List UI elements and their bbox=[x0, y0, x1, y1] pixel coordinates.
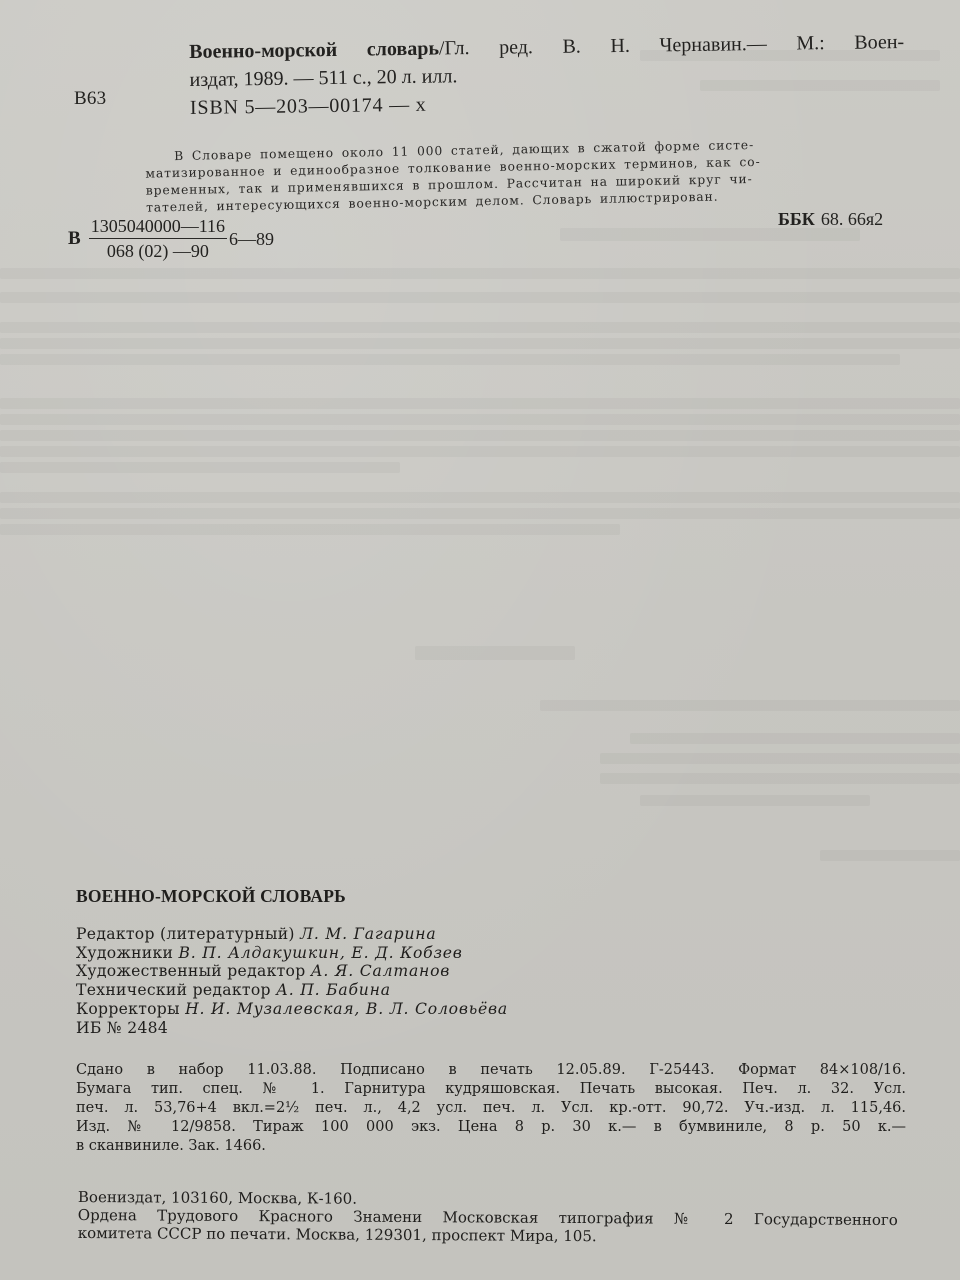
price-code: В 1305040000—116 068 (02) —90 6—89 bbox=[68, 216, 274, 262]
spec-line: в сканвиниле. Зак. 1466. bbox=[76, 1137, 906, 1156]
show-through-line bbox=[820, 850, 960, 861]
show-through-heading bbox=[415, 646, 575, 660]
colophon-title: ВОЕННО-МОРСКОЙ СЛОВАРЬ bbox=[76, 886, 936, 907]
credit-line: Редактор (литературный) Л. М. Гагарина bbox=[76, 925, 936, 944]
bbk-label: ББК bbox=[778, 209, 815, 229]
credit-role: Художественный редактор bbox=[76, 962, 306, 980]
spec-line: Сдано в набор 11.03.88. Подписано в печа… bbox=[76, 1061, 906, 1080]
print-specifications: Сдано в набор 11.03.88. Подписано в печа… bbox=[76, 1061, 906, 1156]
responsibility-statement: /Гл. ред. В. Н. Чернавин.— М.: Воен- bbox=[439, 31, 904, 59]
bbk-index: ББК68. 66я2 bbox=[778, 209, 883, 230]
credit-line: Корректоры Н. И. Музалевская, В. Л. Соло… bbox=[76, 1000, 936, 1019]
credit-person: Н. И. Музалевская, В. Л. Соловьёва bbox=[185, 1000, 508, 1018]
show-through-line bbox=[0, 524, 620, 535]
show-through-line bbox=[630, 733, 960, 744]
credit-person: А. П. Бабина bbox=[276, 981, 391, 999]
credit-person: А. Я. Салтанов bbox=[311, 962, 450, 980]
show-through-line bbox=[0, 508, 960, 519]
show-through-line bbox=[0, 462, 400, 473]
credit-line: Технический редактор А. П. Бабина bbox=[76, 981, 936, 1000]
show-through-line bbox=[0, 354, 900, 365]
credit-role: Художники bbox=[76, 944, 173, 962]
credit-role: Редактор (литературный) bbox=[76, 925, 295, 943]
show-through-line bbox=[0, 322, 960, 333]
price-code-letter: В bbox=[68, 228, 81, 250]
credit-line: Художественный редактор А. Я. Салтанов bbox=[76, 962, 936, 981]
ib-number: ИБ № 2484 bbox=[76, 1019, 936, 1038]
show-through-line bbox=[600, 753, 960, 764]
price-code-denominator: 068 (02) —90 bbox=[107, 239, 209, 262]
show-through-line bbox=[0, 398, 960, 409]
credits-list: Редактор (литературный) Л. М. Гагарина Х… bbox=[76, 925, 936, 1037]
price-code-numerator: 1305040000—116 bbox=[89, 216, 227, 239]
show-through-line bbox=[0, 492, 960, 503]
credit-line: Художники В. П. Алдакушкин, Е. Д. Кобзев bbox=[76, 944, 936, 963]
spec-line: печ. л. 53,76+4 вкл.=2½ печ. л., 4,2 усл… bbox=[76, 1099, 906, 1118]
credit-person: В. П. Алдакушкин, Е. Д. Кобзев bbox=[179, 944, 463, 962]
price-code-suffix: 6—89 bbox=[229, 229, 274, 250]
bbk-value: 68. 66я2 bbox=[821, 209, 883, 229]
show-through-line bbox=[0, 430, 960, 441]
colophon: ВОЕННО-МОРСКОЙ СЛОВАРЬ Редактор (литерат… bbox=[76, 886, 936, 1037]
annotation: В Словаре помещено около 11 000 статей, … bbox=[74, 136, 795, 218]
show-through-line bbox=[640, 795, 870, 806]
show-through-line bbox=[0, 268, 960, 279]
bibliographic-description: Военно-морской словарь/Гл. ред. В. Н. Че… bbox=[189, 28, 905, 122]
credit-role: Технический редактор bbox=[76, 981, 271, 999]
show-through-line bbox=[0, 292, 960, 303]
book-imprint-page: В63 Военно-морской словарь/Гл. ред. В. Н… bbox=[0, 0, 960, 1280]
show-through-line bbox=[0, 338, 960, 349]
show-through-line bbox=[600, 773, 960, 784]
show-through-line bbox=[540, 700, 960, 711]
price-code-fraction: 1305040000—116 068 (02) —90 bbox=[89, 216, 227, 262]
publisher-info: Воениздат, 103160, Москва, К-160. Ордена… bbox=[78, 1188, 898, 1247]
show-through-line bbox=[0, 446, 960, 457]
credit-role: Корректоры bbox=[76, 1000, 180, 1018]
show-through-line bbox=[0, 414, 960, 425]
spec-line: Бумага тип. спец. № 1. Гарнитура кудряшо… bbox=[76, 1080, 906, 1099]
book-title: Военно-морской словарь bbox=[189, 38, 439, 63]
classification-code: В63 bbox=[74, 88, 106, 110]
spec-line: Изд. № 12/9858. Тираж 100 000 экз. Цена … bbox=[76, 1118, 906, 1137]
credit-person: Л. М. Гагарина bbox=[300, 925, 436, 943]
